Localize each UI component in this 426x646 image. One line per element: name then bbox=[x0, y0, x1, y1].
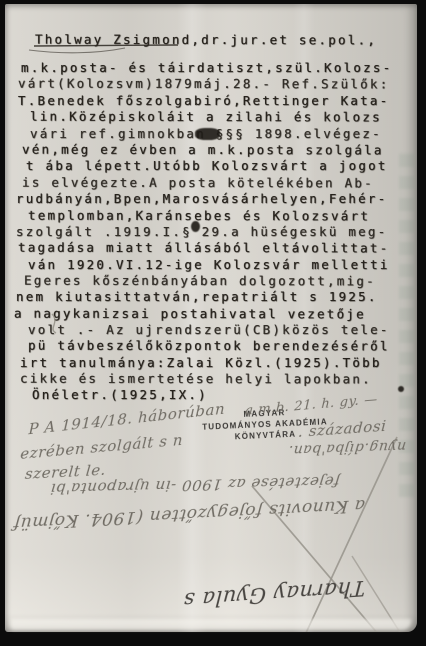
index-card-paper: Tholway Zsigmond,dr.jur.et se.pol.,m.k.p… bbox=[5, 4, 417, 632]
scanned-card: Tholway Zsigmond,dr.jur.et se.pol.,m.k.p… bbox=[0, 0, 426, 646]
typed-line: templomban,Karánsebes és Kolozsvárt bbox=[28, 207, 370, 223]
typed-line: pü távbeszélőközpontok berendezéséről bbox=[28, 338, 390, 354]
typed-line: nem kiutasittatván,repatriált s 1925. bbox=[16, 289, 378, 304]
typed-line: várt(Kolozsvm)1879máj.28.- Ref.Szülők: bbox=[18, 76, 390, 92]
typed-text-block: Tholway Zsigmond,dr.jur.et se.pol.,m.k.p… bbox=[5, 4, 417, 632]
typed-line: vén,még ez évben a m.k.posta szolgála bbox=[22, 142, 384, 158]
ink-blot bbox=[398, 386, 404, 392]
ink-blot bbox=[195, 128, 220, 140]
typed-line: a nagykanizsai postahivatal vezetője bbox=[14, 305, 366, 321]
typed-line: tagadása miatt állásából eltávolittat- bbox=[18, 240, 390, 256]
typed-line: irt tanulmánya:Zalai Közl.(1925).Több bbox=[20, 355, 382, 370]
typed-line: Önéletr.(1925,IX.) bbox=[32, 387, 208, 402]
typed-line: ván 1920.VI.12-ige Kolozsvár melletti bbox=[28, 257, 390, 272]
typed-line: Egeres kőszénbányában dolgozott,mig- bbox=[24, 273, 376, 289]
ink-blot bbox=[191, 221, 200, 232]
typed-line: volt .- Az ujrendszerü(CB)közös tele- bbox=[28, 322, 390, 337]
typed-line: m.k.posta- és táirdatiszt,szül.Kolozs- bbox=[21, 60, 392, 75]
typed-line: is elvégezte.A posta kötelékében Ab- bbox=[22, 174, 374, 190]
typed-line: Tholway Zsigmond,dr.jur.et se.pol., bbox=[35, 32, 377, 48]
typed-line: lin.Középiskoláit a zilahi és kolozs bbox=[30, 109, 382, 125]
paper-bottom-highlight bbox=[11, 619, 411, 630]
typed-line: t ába lépett.Utóbb Kolozsvárt a jogot bbox=[26, 158, 388, 173]
typed-line: cikke és ismertetése helyi lapokban. bbox=[20, 370, 372, 386]
typed-line: szolgált .1919.I.§ 29.a hüségeskü meg- bbox=[16, 224, 387, 239]
typed-line: rudbányán,Bpen,Marosvásárhelyen,Fehér- bbox=[16, 191, 387, 206]
typed-line: T.Benedek főszolgabiró,Rettinger Kata- bbox=[18, 93, 389, 108]
